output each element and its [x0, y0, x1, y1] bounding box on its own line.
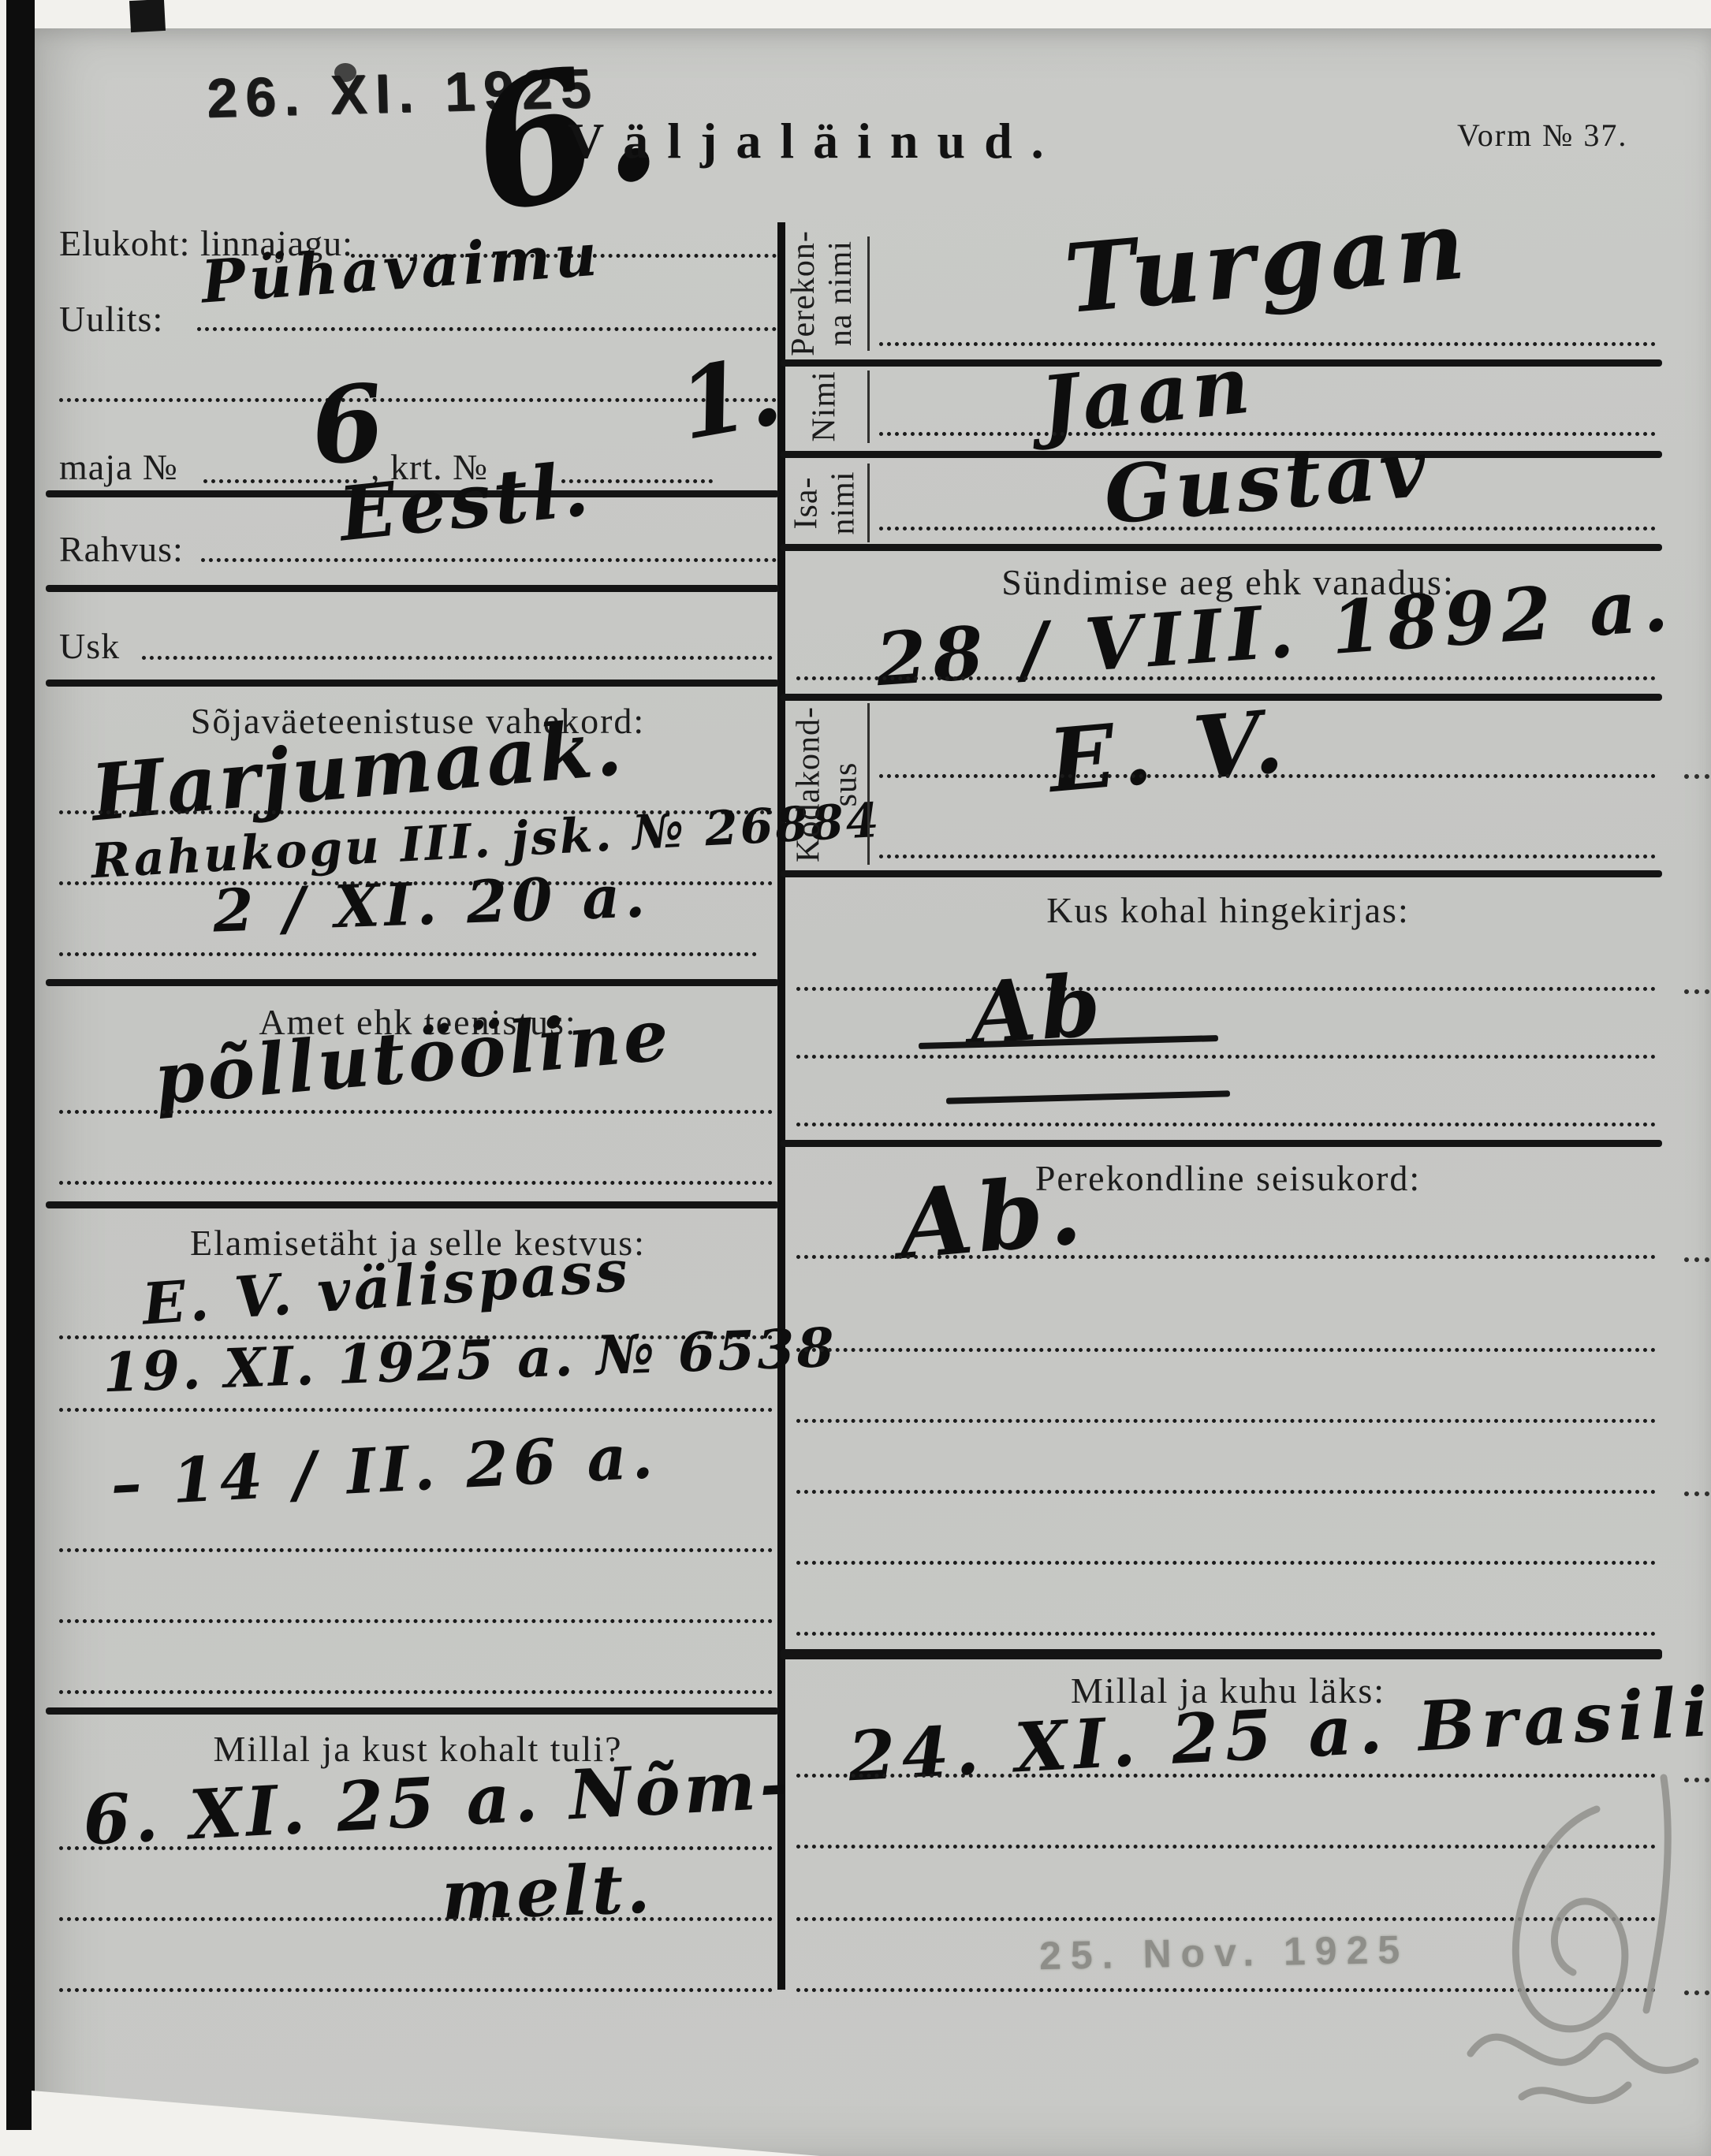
usk-label: Usk [59, 625, 120, 667]
registered-at-value-struck: Ab [967, 955, 1109, 1064]
edge-dash [1684, 1491, 1709, 1496]
dotted-line [59, 1110, 773, 1114]
dotted-line [879, 774, 1656, 778]
edge-dash [1684, 1778, 1709, 1782]
scan-corner-mark [129, 0, 166, 32]
dotted-line [796, 1490, 1656, 1494]
dotted-line [796, 1348, 1656, 1352]
dotted-line [59, 1408, 773, 1412]
dotted-line [796, 1561, 1656, 1565]
registered-at-header: Kus kohal hingekirjas: [796, 889, 1660, 931]
citizenship-value: E. V. [1045, 690, 1293, 812]
date-stamp-departed: 25. Nov. 1925 [1039, 1927, 1410, 1979]
rahvus-label: Rahvus: [59, 528, 184, 570]
edge-dash [1684, 1990, 1709, 1995]
form-title: Väljaläinud. [568, 112, 1063, 170]
surname-label-line1: Perekon- [785, 230, 822, 356]
label-separator [867, 464, 870, 542]
dotted-line [796, 1123, 1656, 1126]
dotted-line [59, 1846, 773, 1850]
dotted-line [59, 398, 777, 402]
maja-label: maja № [59, 446, 178, 488]
dotted-line [796, 987, 1656, 991]
uulits-label: Uulits: [59, 298, 163, 340]
citizenship-vertical-label: Kodakond- sus [791, 692, 870, 877]
edge-dash [1684, 1257, 1709, 1262]
dotted-line [796, 1055, 1656, 1059]
fathername-label-line2: nimi [826, 471, 862, 535]
dotted-line [796, 676, 1656, 680]
dotted-line [203, 479, 357, 483]
form-number: Vorm № 37. [1457, 117, 1627, 154]
citizenship-label-line2: sus [828, 762, 864, 807]
arrived-from-line2: melt. [440, 1849, 654, 1935]
dotted-line [201, 558, 777, 562]
fathername-label-line1: Isa- [788, 477, 825, 530]
apartment-number-value: 1. [670, 333, 788, 462]
dotted-line [59, 1690, 773, 1694]
dotted-line [59, 952, 757, 956]
dotted-line [59, 1988, 773, 1992]
heavy-rule [46, 1201, 779, 1208]
fathername-vertical-label: Isa- nimi [788, 450, 867, 557]
heavy-rule [781, 544, 1662, 551]
heavy-rule [781, 1140, 1662, 1147]
family-status-value: Ab. [894, 1154, 1090, 1281]
dotted-line [796, 1632, 1656, 1636]
heavy-rule [781, 870, 1662, 877]
dotted-line [59, 1181, 773, 1185]
edge-dash [1684, 774, 1709, 779]
heavy-rule [46, 585, 779, 592]
dotted-line [197, 327, 777, 331]
edge-dash [1684, 989, 1709, 994]
column-divider [777, 222, 785, 1990]
firstname-label: Nimi [807, 371, 843, 441]
heavy-rule [46, 680, 779, 687]
surname-label-line2: na nimi [822, 240, 859, 346]
dotted-line [59, 1917, 773, 1921]
heavy-rule [781, 1649, 1662, 1659]
firstname-vertical-label: Nimi [807, 348, 850, 466]
dotted-line [142, 656, 773, 660]
label-separator [867, 371, 870, 443]
scanned-registration-card: 26. XI. 1925 6. Väljaläinud. Vorm № 37. … [0, 0, 1711, 2156]
label-separator [867, 236, 870, 351]
scan-edge-strip [6, 0, 35, 2130]
pencil-signature [1427, 1766, 1711, 2144]
label-separator [867, 703, 870, 865]
heavy-rule [46, 979, 779, 986]
dotted-line [59, 1619, 773, 1623]
citizenship-label-line1: Kodakond- [791, 706, 827, 862]
dotted-line [879, 855, 1656, 858]
dotted-line [796, 1419, 1656, 1423]
dotted-line [879, 527, 1656, 531]
dotted-line [796, 1255, 1656, 1259]
dotted-line [59, 1548, 773, 1552]
dotted-line [879, 342, 1656, 346]
heavy-rule [46, 1707, 779, 1715]
